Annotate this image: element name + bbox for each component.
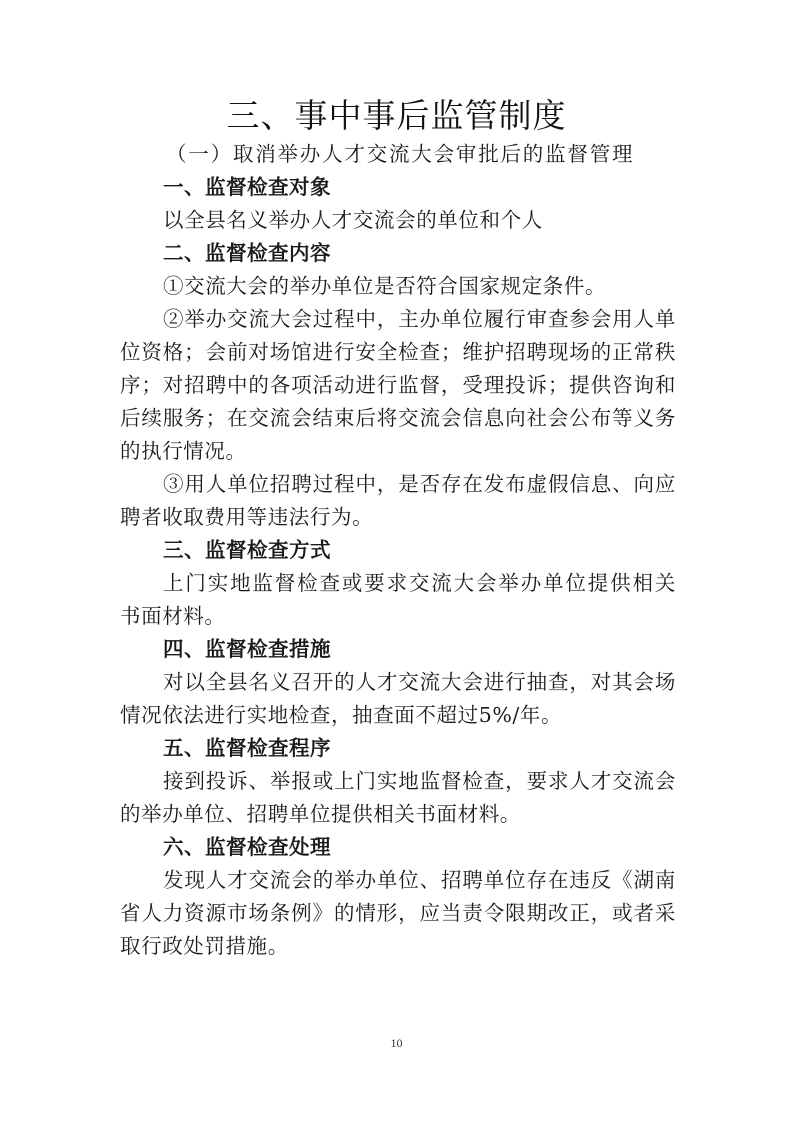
page-number: 10 <box>0 1036 793 1051</box>
paragraph-line: ①交流大会的举办单位是否符合国家规定条件。 <box>120 270 676 303</box>
paragraph-line: 情况依法进行实地检查，抽查面不超过5%/年。 <box>120 699 676 732</box>
paragraph-line: 对以全县名义召开的人才交流大会进行抽查，对其会场 <box>120 666 676 699</box>
section-heading-1: 一、监督检查对象 <box>120 171 676 204</box>
paragraph-line: 书面材料。 <box>120 600 676 633</box>
paragraph-line: 序；对招聘中的各项活动进行监督，受理投诉；提供咨询和 <box>120 369 676 402</box>
paragraph-line: 上门实地监督检查或要求交流大会举办单位提供相关 <box>120 567 676 600</box>
subtitle: （一）取消举办人才交流大会审批后的监督管理 <box>120 138 676 171</box>
paragraph-line: 发现人才交流会的举办单位、招聘单位存在违反《湖南 <box>120 864 676 897</box>
paragraph-line: 位资格；会前对场馆进行安全检查；维护招聘现场的正常秩 <box>120 336 676 369</box>
paragraph-line: 的执行情况。 <box>120 435 676 468</box>
section-heading-6: 六、监督检查处理 <box>120 831 676 864</box>
section-heading-3: 三、监督检查方式 <box>120 534 676 567</box>
paragraph-line: 的举办单位、招聘单位提供相关书面材料。 <box>120 798 676 831</box>
section-heading-5: 五、监督检查程序 <box>120 732 676 765</box>
paragraph-line: 后续服务；在交流会结束后将交流会信息向社会公布等义务 <box>120 402 676 435</box>
paragraph-line: 取行政处罚措施。 <box>120 930 676 963</box>
paragraph-line: 以全县名义举办人才交流会的单位和个人 <box>120 204 676 237</box>
paragraph-line: 聘者收取费用等违法行为。 <box>120 501 676 534</box>
document-title: 三、事中事后监管制度 <box>0 94 793 138</box>
paragraph-line: 接到投诉、举报或上门实地监督检查，要求人才交流会 <box>120 765 676 798</box>
document-body: （一）取消举办人才交流大会审批后的监督管理 一、监督检查对象 以全县名义举办人才… <box>120 138 676 963</box>
paragraph-line: 省人力资源市场条例》的情形，应当责令限期改正，或者采 <box>120 897 676 930</box>
section-heading-2: 二、监督检查内容 <box>120 237 676 270</box>
paragraph-line: ②举办交流大会过程中，主办单位履行审查参会用人单 <box>120 303 676 336</box>
section-heading-4: 四、监督检查措施 <box>120 633 676 666</box>
paragraph-line: ③用人单位招聘过程中，是否存在发布虚假信息、向应 <box>120 468 676 501</box>
document-page: 三、事中事后监管制度 （一）取消举办人才交流大会审批后的监督管理 一、监督检查对… <box>0 0 793 1122</box>
